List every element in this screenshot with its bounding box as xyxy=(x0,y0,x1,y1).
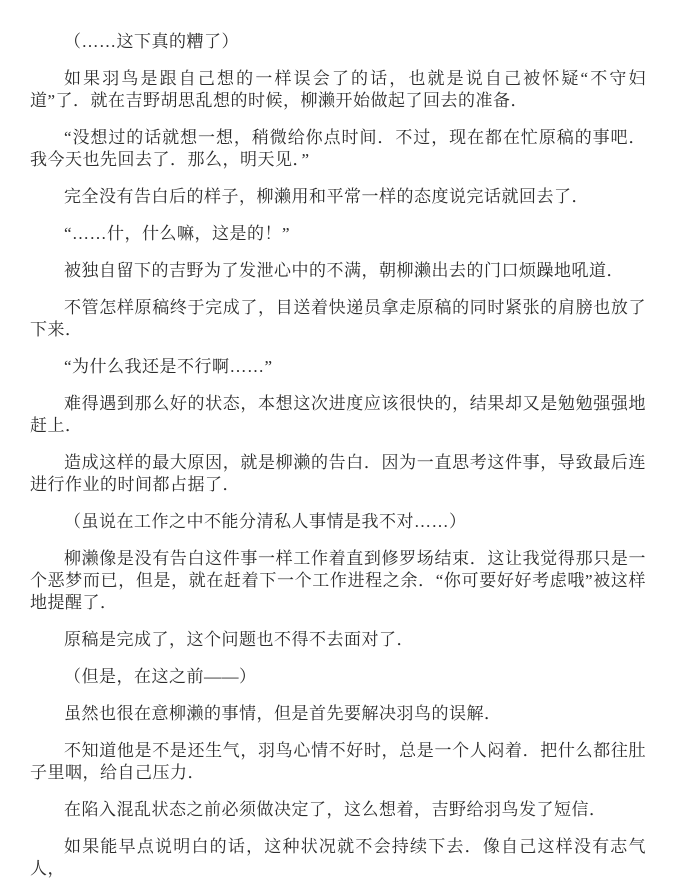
paragraph: 柳濑像是没有告白这件事一样工作着直到修罗场结束．这让我觉得那只是一个恶梦而已，但… xyxy=(30,548,646,614)
paragraph: 不知道他是不是还生气，羽鸟心情不好时，总是一个人闷着．把什么都往肚子里咽，给自己… xyxy=(30,740,646,784)
paragraph: 虽然也很在意柳濑的事情，但是首先要解决羽鸟的误解． xyxy=(30,703,646,725)
paragraph: 造成这样的最大原因，就是柳濑的告白．因为一直思考这件事，导致最后连进行作业的时间… xyxy=(30,452,646,496)
paragraph: （但是，在这之前——） xyxy=(30,666,646,688)
paragraph: （虽说在工作之中不能分清私人事情是我不对……） xyxy=(30,511,646,533)
paragraph: （……这下真的糟了） xyxy=(30,31,646,53)
paragraph: “没想过的话就想一想，稍微给你点时间．不过，现在都在忙原稿的事吧．我今天也先回去… xyxy=(30,127,646,171)
paragraph: 难得遇到那么好的状态，本想这次进度应该很快的，结果却又是勉勉强强地赶上． xyxy=(30,393,646,437)
paragraph: 在陷入混乱状态之前必须做决定了，这么想着，吉野给羽鸟发了短信． xyxy=(30,799,646,821)
paragraph: 不管怎样原稿终于完成了，目送着快递员拿走原稿的同时紧张的肩膀也放了下来． xyxy=(30,297,646,341)
paragraph: 原稿是完成了，这个问题也不得不去面对了． xyxy=(30,629,646,651)
paragraph: “……什，什么嘛，这是的！” xyxy=(30,223,646,245)
paragraph: 如果能早点说明白的话，这种状况就不会持续下去．像自己这样没有志气人， xyxy=(30,836,646,880)
paragraph: 完全没有告白后的样子，柳濑用和平常一样的态度说完话就回去了． xyxy=(30,186,646,208)
paragraph: 被独自留下的吉野为了发泄心中的不满，朝柳濑出去的门口烦躁地吼道． xyxy=(30,260,646,282)
paragraph: 如果羽鸟是跟自己想的一样误会了的话，也就是说自己被怀疑“不守妇道”了．就在吉野胡… xyxy=(30,68,646,112)
paragraph: “为什么我还是不行啊……” xyxy=(30,356,646,378)
document-page: （……这下真的糟了） 如果羽鸟是跟自己想的一样误会了的话，也就是说自己被怀疑“不… xyxy=(0,0,680,880)
